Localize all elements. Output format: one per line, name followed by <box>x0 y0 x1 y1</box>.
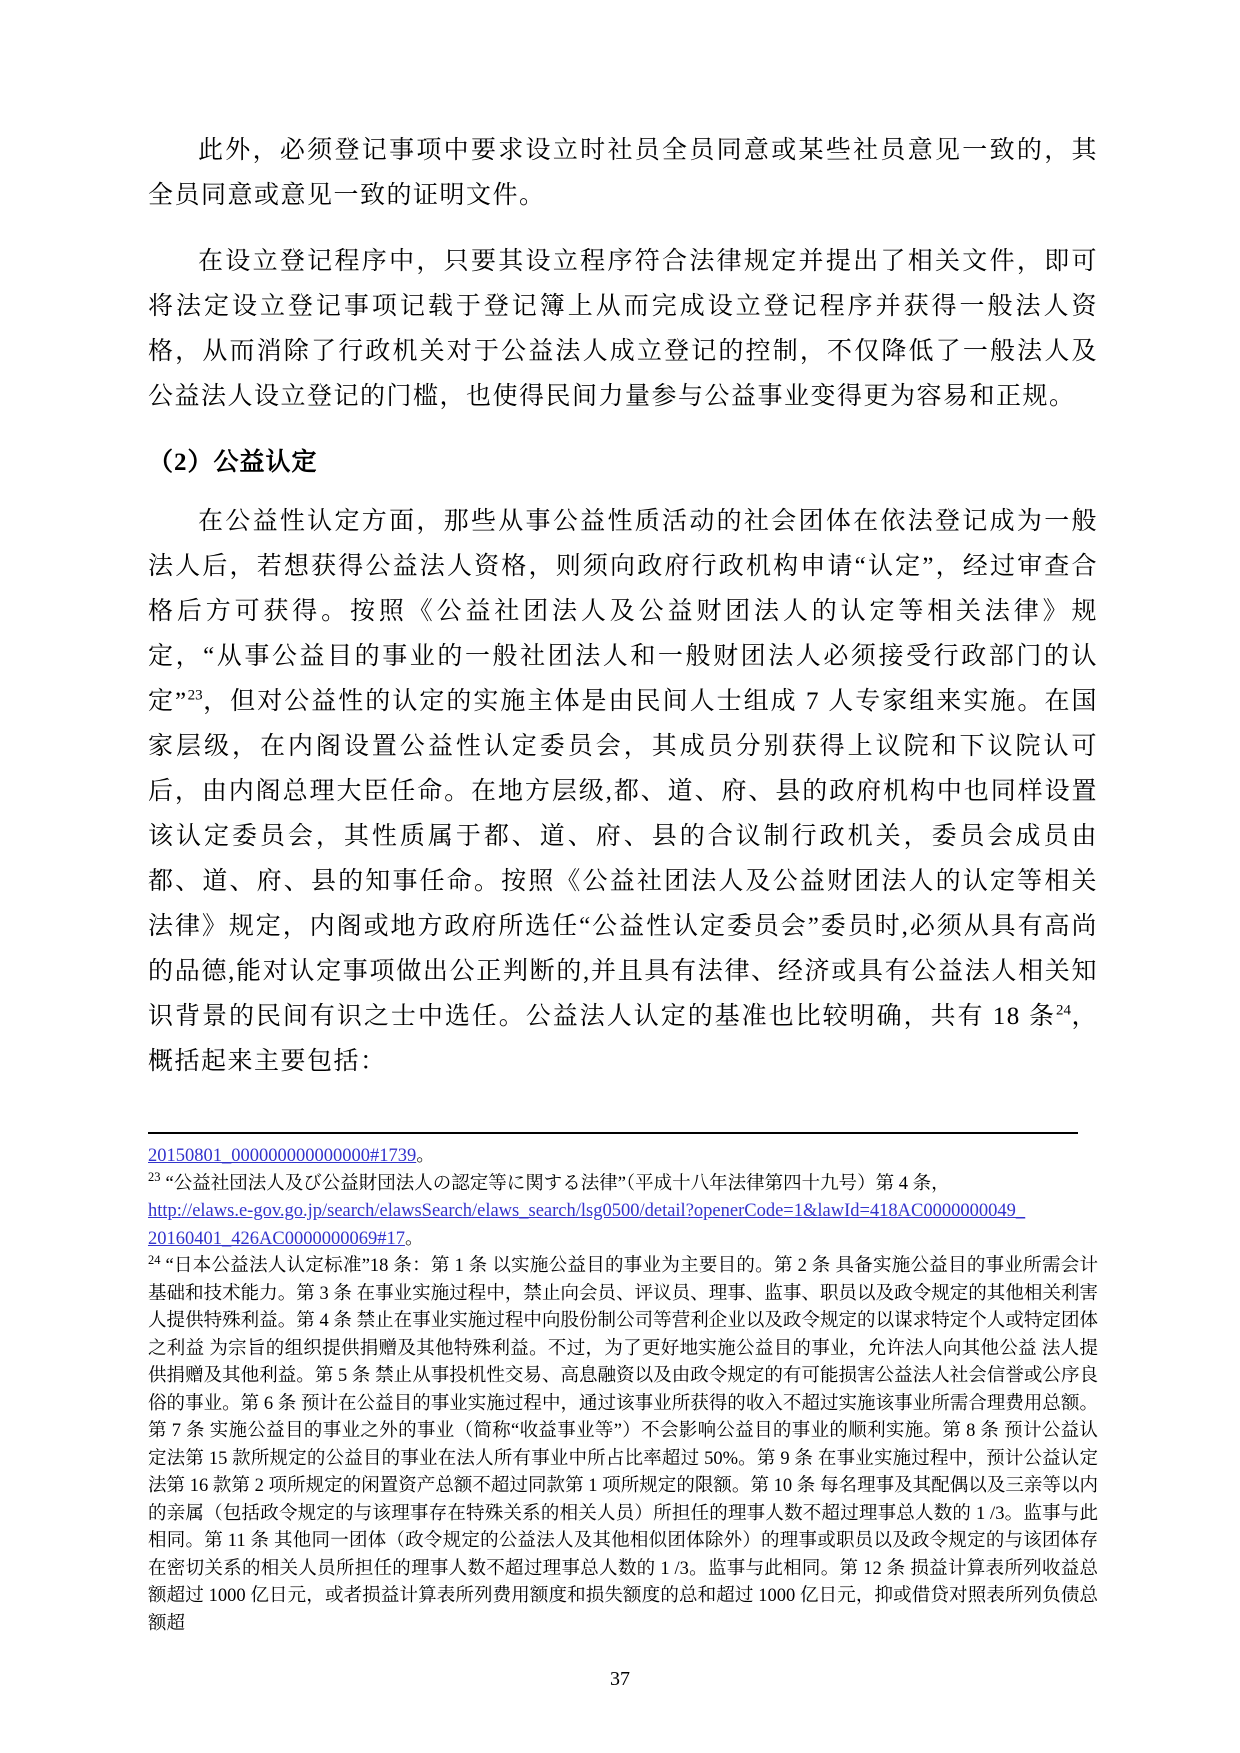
footnote-continuation-link[interactable]: 20150801_000000000000000#1739 <box>148 1146 416 1166</box>
footnote-continuation-line: 20150801_000000000000000#1739。 <box>148 1143 1098 1171</box>
footnote-23-url-line-1: http://elaws.e-gov.go.jp/search/elawsSea… <box>148 1198 1098 1226</box>
footnote-reference-23[interactable]: 23 <box>188 688 203 704</box>
footnotes-section: 20150801_000000000000000#1739。 23“公益社団法人… <box>148 1132 1098 1638</box>
section-heading-public-benefit-certification: （2）公益认定 <box>148 440 1098 485</box>
paragraph-text-segment: 在公益性认定方面，那些从事公益性质活动的社会团体在依法登记成为一般法人后，若想获… <box>148 508 1098 715</box>
footnote-24-text: “日本公益法人认定标准”18 条：第 1 条 以实施公益目的事业为主要目的。第 … <box>148 1256 1098 1634</box>
footnote-23-text: “公益社団法人及び公益財団法人の認定等に関する法律”（平成十八年法律第四十九号）… <box>166 1174 950 1194</box>
footnote-reference-24[interactable]: 24 <box>1056 1003 1071 1019</box>
footnote-23-link-part-1[interactable]: http://elaws.e-gov.go.jp/search/elawsSea… <box>148 1201 1025 1221</box>
footnote-23-url-line-2: 20160401_426AC0000000069#17。 <box>148 1226 1098 1254</box>
paragraph-registration-procedure: 在设立登记程序中，只要其设立程序符合法律规定并提出了相关文件，即可将法定设立登记… <box>148 239 1098 419</box>
footnote-23-period: 。 <box>405 1229 424 1249</box>
footnote-continuation-period: 。 <box>416 1146 435 1166</box>
footnote-separator-rule <box>148 1132 1078 1134</box>
footnote-23-link-part-2[interactable]: 20160401_426AC0000000069#17 <box>148 1229 405 1249</box>
footnote-23-number: 23 <box>148 1170 161 1184</box>
page-number: 37 <box>0 1668 1240 1691</box>
footnote-24-number: 24 <box>148 1253 161 1267</box>
document-body: 此外，必须登记事项中要求设立时社员全员同意或某些社员意见一致的，其全员同意或意见… <box>148 128 1098 1105</box>
footnote-24: 24“日本公益法人认定标准”18 条：第 1 条 以实施公益目的事业为主要目的。… <box>148 1253 1098 1638</box>
paragraph-text-segment: ，但对公益性的认定的实施主体是由民间人士组成 7 人专家组来实施。在国家层级，在… <box>148 688 1098 1030</box>
paragraph-registration-documents: 此外，必须登记事项中要求设立时社员全员同意或某些社员意见一致的，其全员同意或意见… <box>148 128 1098 218</box>
document-page: 此外，必须登记事项中要求设立时社员全员同意或某些社员意见一致的，其全员同意或意见… <box>0 0 1240 1753</box>
footnote-23: 23“公益社団法人及び公益財団法人の認定等に関する法律”（平成十八年法律第四十九… <box>148 1171 1098 1199</box>
paragraph-certification-details: 在公益性认定方面，那些从事公益性质活动的社会团体在依法登记成为一般法人后，若想获… <box>148 499 1098 1084</box>
